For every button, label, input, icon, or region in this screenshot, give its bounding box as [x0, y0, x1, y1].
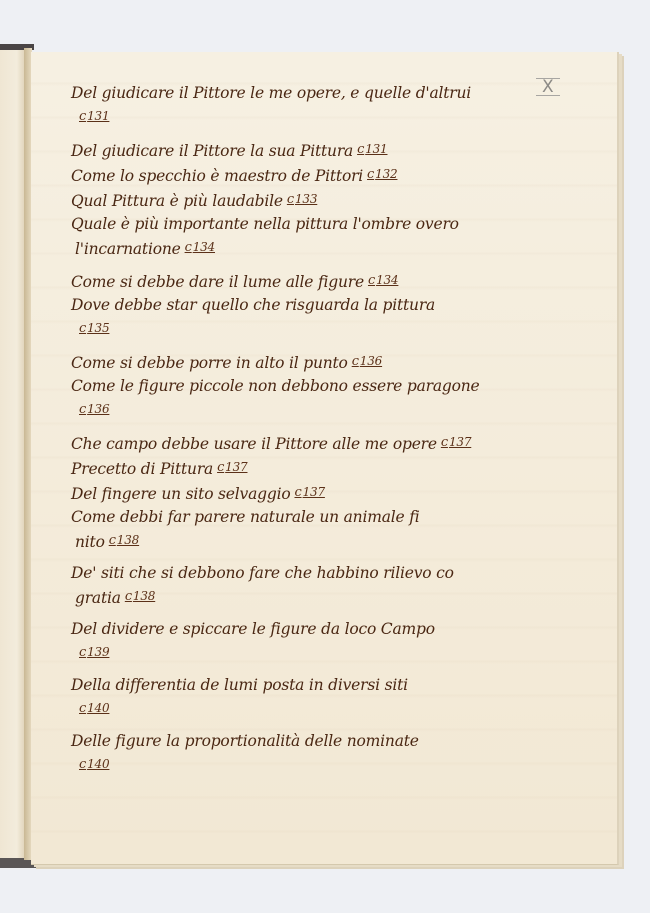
entry-page-number: 136 — [79, 402, 109, 416]
toc-entry: Che campo debbe usare il Pittore alle me… — [71, 431, 571, 456]
entry-page-number: 137 — [294, 485, 324, 499]
toc-entry: Del giudicare il Pittore la sua Pittura1… — [71, 138, 571, 163]
facing-page-edge — [0, 48, 25, 860]
entry-title-continuation: gratia — [75, 589, 121, 607]
toc-entry: Come si debbe porre in alto il punto136 — [71, 350, 571, 375]
entry-title: Come si debbe porre in alto il punto — [71, 354, 348, 372]
entry-title-continuation: l'incarnatione — [75, 240, 181, 258]
toc-entry: Del giudicare il Pittore le me opere, e … — [71, 82, 571, 130]
entry-title: Quale è più importante nella pittura l'o… — [71, 215, 459, 233]
toc-entry: Come le figure piccole non debbono esser… — [71, 375, 571, 423]
entry-page-number: 139 — [79, 645, 109, 659]
manuscript-page: X Del giudicare il Pittore le me opere, … — [31, 52, 619, 865]
entry-title: Del fingere un sito selvaggio — [71, 485, 290, 503]
entry-title: Della differentia de lumi posta in diver… — [71, 676, 408, 694]
entry-title: Delle figure la proportionalità delle no… — [71, 732, 419, 750]
entry-title: Come debbi far parere naturale un animal… — [71, 508, 420, 526]
entry-page-number: 138 — [125, 589, 155, 603]
toc-entry: Delle figure la proportionalità delle no… — [71, 730, 571, 778]
entry-title: Come lo specchio è maestro de Pittori — [71, 167, 363, 185]
entry-page-number: 134 — [185, 240, 215, 254]
entry-title: De' siti che si debbono fare che habbino… — [71, 564, 454, 582]
entry-title: Del dividere e spiccare le figure da loc… — [71, 620, 435, 638]
toc-entry: Qual Pittura è più laudabile133 — [71, 188, 571, 213]
entry-page-number: 140 — [79, 701, 109, 715]
entry-title: Precetto di Pittura — [71, 460, 213, 478]
toc-entry: Come lo specchio è maestro de Pittori132 — [71, 163, 571, 188]
toc-entry: Precetto di Pittura137 — [71, 456, 571, 481]
entry-page-number: 133 — [287, 192, 317, 206]
entry-title: Del giudicare il Pittore le me opere, e … — [71, 84, 471, 102]
entry-page-number: 131 — [357, 142, 387, 156]
entry-page-number: 137 — [441, 435, 471, 449]
toc-entry: Dove debbe star quello che risguarda la … — [71, 294, 571, 342]
toc-entry: Come si debbe dare il lume alle figure13… — [71, 269, 571, 294]
toc-entry: Del dividere e spiccare le figure da loc… — [71, 618, 571, 666]
entry-page-number: 138 — [109, 533, 139, 547]
entry-title: Del giudicare il Pittore la sua Pittura — [71, 142, 353, 160]
entry-title: Dove debbe star quello che risguarda la … — [71, 296, 435, 314]
entry-page-number: 136 — [352, 354, 382, 368]
entry-title: Qual Pittura è più laudabile — [71, 192, 283, 210]
entry-page-number: 140 — [79, 757, 109, 771]
toc-entry: Come debbi far parere naturale un animal… — [71, 506, 571, 554]
entry-title: Che campo debbe usare il Pittore alle me… — [71, 435, 437, 453]
entry-title-continuation: nito — [75, 533, 105, 551]
toc-entry: De' siti che si debbono fare che habbino… — [71, 562, 571, 610]
entry-page-number: 135 — [79, 321, 109, 335]
toc-entry: Quale è più importante nella pittura l'o… — [71, 213, 571, 261]
entry-title: Come si debbe dare il lume alle figure — [71, 273, 364, 291]
entry-title: Come le figure piccole non debbono esser… — [71, 377, 480, 395]
entry-page-number: 131 — [79, 109, 109, 123]
table-of-contents: Del giudicare il Pittore le me opere, e … — [71, 82, 571, 778]
entry-page-number: 132 — [367, 167, 397, 181]
entry-page-number: 134 — [368, 273, 398, 287]
toc-entry: Del fingere un sito selvaggio137 — [71, 481, 571, 506]
toc-entry: Della differentia de lumi posta in diver… — [71, 674, 571, 722]
entry-page-number: 137 — [217, 460, 247, 474]
